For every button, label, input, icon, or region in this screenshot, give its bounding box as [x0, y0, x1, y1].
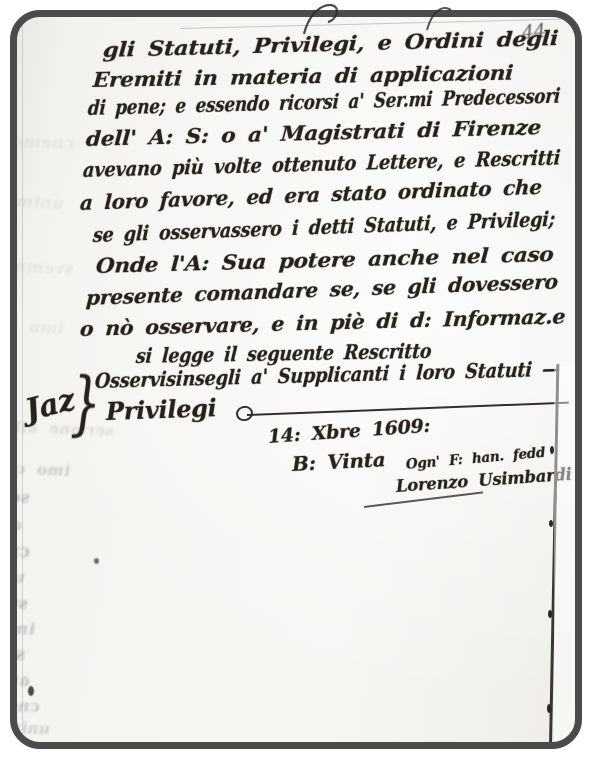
ink-blot	[28, 686, 34, 696]
bleedthrough-row: cnemo alli summe favne cvn mossa unimo	[14, 119, 77, 153]
margin-right-light-strip	[554, 362, 578, 746]
bleedthrough-row: imo cummi sro anemnos cum fane allito cn…	[14, 598, 38, 639]
bleedthrough-row: amnio sve cummanos alle firme cnio della	[14, 653, 33, 690]
cutoff-stroke	[424, 2, 454, 32]
main-text-line: dell' A: S: o a' Magistrati di Firenze	[85, 115, 541, 151]
secretary-signature: B: Vinta	[291, 447, 385, 476]
binding-ink-spot	[549, 520, 553, 527]
bleedthrough-row: sermne alla cnvmo di cmessa unnimo resve	[14, 630, 28, 665]
rescript-line: Privilegi	[105, 393, 216, 426]
main-text-line: se gli osservassero i detti Statuti, e P…	[92, 207, 555, 247]
binding-ink-spot	[547, 704, 551, 713]
bleedthrough-row: sermne alla cnvmo di cmessa unnimo resve	[14, 466, 33, 507]
date-line: 14: Xbre 1609:	[267, 415, 431, 448]
bleedthrough-row: unimo cmne della fnima cvssemo anvi sell…	[14, 549, 28, 587]
scan-viewport: imo cummi sro anemnos cum fane allito cn…	[0, 0, 593, 760]
manuscript-page: imo cummi sro anemnos cum fane allito cn…	[14, 14, 579, 746]
bleedthrough-row: cnemo alli summe favne cvn mossa unimo	[14, 519, 33, 562]
bleedthrough-row: unimo cmne della fnima cvssemo anvi sell…	[14, 708, 53, 738]
binding-ink-spot	[548, 610, 552, 618]
ink-blot	[94, 558, 99, 564]
cutoff-stroke	[300, 0, 346, 36]
fold-line	[22, 20, 23, 730]
bleedthrough-row: amnio sve cummanos alle firme cnio della	[14, 500, 25, 534]
rescript-rule	[247, 402, 569, 416]
bleedthrough-row: svemmo canni allo cnimoso della fnne cuv	[14, 244, 77, 278]
main-text-line: o nò osservare, e in piè di d: Informaz.…	[79, 304, 566, 341]
